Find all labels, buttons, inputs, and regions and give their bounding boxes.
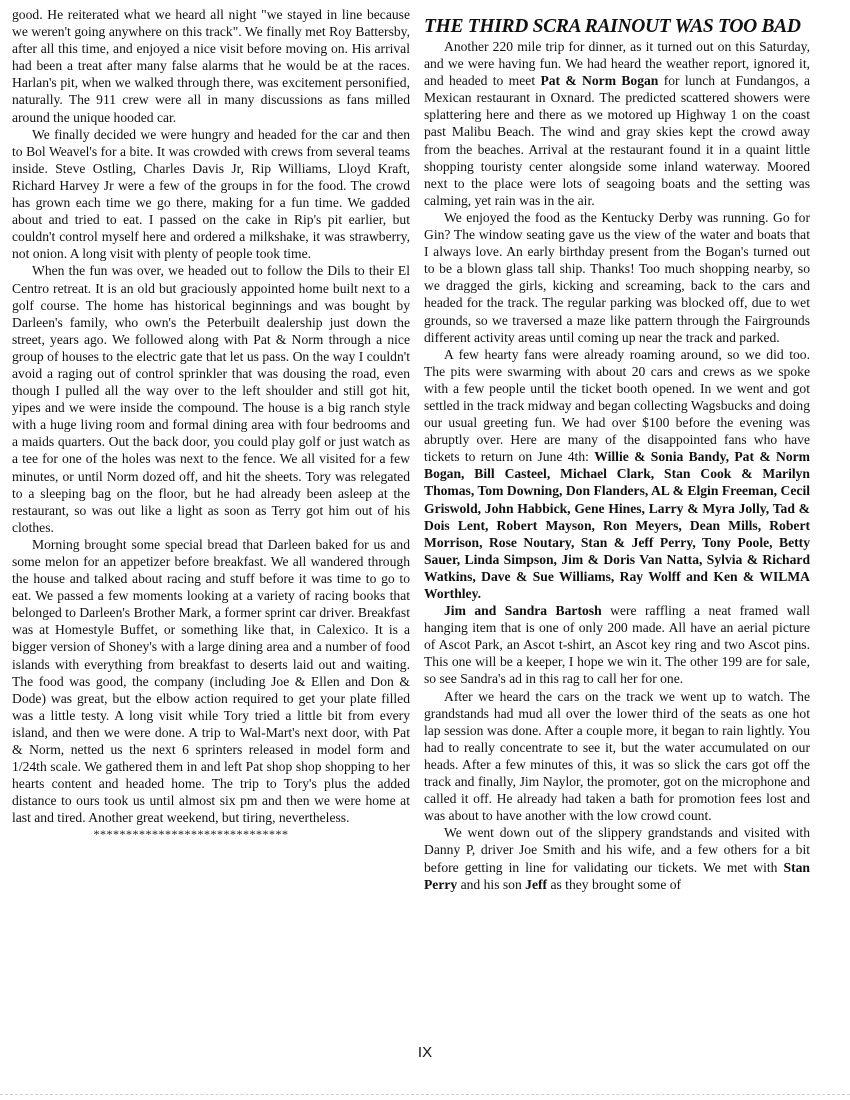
article-paragraph: Morning brought some special bread that …	[12, 536, 410, 827]
bold-name: Jeff	[525, 877, 547, 892]
paragraph-text: and his son	[457, 877, 525, 892]
article-paragraph: When the fun was over, we headed out to …	[12, 262, 410, 536]
article-paragraph: Jim and Sandra Bartosh were raffling a n…	[424, 602, 810, 687]
paragraph-text: A few hearty fans were already roaming a…	[424, 347, 810, 465]
article-paragraph: Another 220 mile trip for dinner, as it …	[424, 38, 810, 209]
section-separator: ******************************	[12, 827, 410, 841]
article-paragraph: After we heard the cars on the track we …	[424, 688, 810, 825]
right-column: THE THIRD SCRA RAINOUT WAS TOO BAD Anoth…	[424, 6, 810, 893]
page-number: IX	[0, 1044, 850, 1061]
bold-name: Pat & Norm Bogan	[540, 73, 658, 88]
page-bottom-edge	[0, 1094, 850, 1095]
left-column: good. He reiterated what we heard all ni…	[12, 6, 410, 841]
article-paragraph: A few hearty fans were already roaming a…	[424, 346, 810, 602]
article-paragraph: We enjoyed the food as the Kentucky Derb…	[424, 209, 810, 346]
article-paragraph: We finally decided we were hungry and he…	[12, 126, 410, 263]
fan-name-list: Willie & Sonia Bandy, Pat & Norm Bogan, …	[424, 449, 810, 601]
paragraph-text: for lunch at Fundangos, a Mexican restau…	[424, 73, 810, 208]
paragraph-text: We went down out of the slippery grandst…	[424, 825, 810, 874]
bold-name: Jim and Sandra Bartosh	[444, 603, 602, 618]
article-paragraph: We went down out of the slippery grandst…	[424, 824, 810, 892]
article-heading: THE THIRD SCRA RAINOUT WAS TOO BAD	[424, 16, 810, 38]
article-paragraph: good. He reiterated what we heard all ni…	[12, 6, 410, 126]
paragraph-text: as they brought some of	[547, 877, 681, 892]
